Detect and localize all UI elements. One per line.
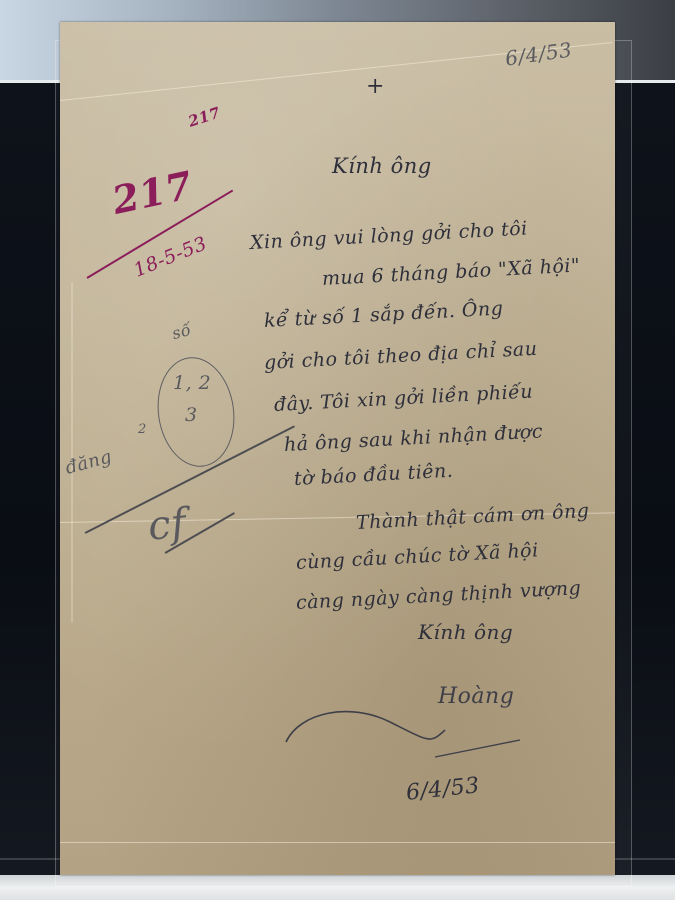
red-registration-number: 217 bbox=[108, 162, 196, 223]
cross-mark: + bbox=[366, 74, 385, 99]
closing-line-2: cùng cầu chúc tờ Xã hội bbox=[295, 539, 539, 574]
body-line-7: tờ báo đầu tiên. bbox=[293, 460, 453, 490]
signature-flourish bbox=[280, 682, 560, 762]
body-line-4: gởi cho tôi theo địa chỉ sau bbox=[263, 338, 538, 374]
red-date: 18-5-53 bbox=[131, 232, 210, 281]
pencil-numbers-line1: 1, 2 bbox=[173, 372, 211, 394]
pencil-superscript: 2 bbox=[138, 422, 147, 437]
red-small-number: 217 bbox=[186, 103, 223, 130]
closing-line-1: Thành thật cám ơn ông bbox=[355, 500, 590, 534]
bottom-date: 6/4/53 bbox=[405, 773, 481, 806]
body-line-5: đây. Tôi xin gởi liền phiếu bbox=[273, 380, 533, 416]
signature: Hoàng bbox=[438, 684, 514, 709]
salutation: Kính ông bbox=[332, 154, 432, 178]
closing-line-3: càng ngày càng thịnh vượng bbox=[295, 577, 581, 614]
sign-off: Kính ông bbox=[418, 620, 513, 644]
body-line-2: mua 6 tháng báo "Xã hội" bbox=[321, 254, 580, 289]
crease-left-vertical bbox=[72, 283, 73, 623]
pencil-numbers-line2: 3 bbox=[185, 404, 198, 426]
pencil-so-label: số bbox=[170, 320, 193, 343]
top-right-date: 6/4/53 bbox=[504, 37, 574, 70]
body-line-6: hả ông sau khi nhận được bbox=[283, 420, 543, 456]
crease-lower bbox=[60, 842, 615, 843]
body-line-1: Xin ông vui lòng gởi cho tôi bbox=[249, 217, 528, 254]
body-line-3: kể từ số 1 sắp đến. Ông bbox=[263, 297, 503, 332]
letter-paper: 6/4/53 + 217 217 18-5-53 số 1, 2 3 đăng … bbox=[60, 22, 615, 875]
